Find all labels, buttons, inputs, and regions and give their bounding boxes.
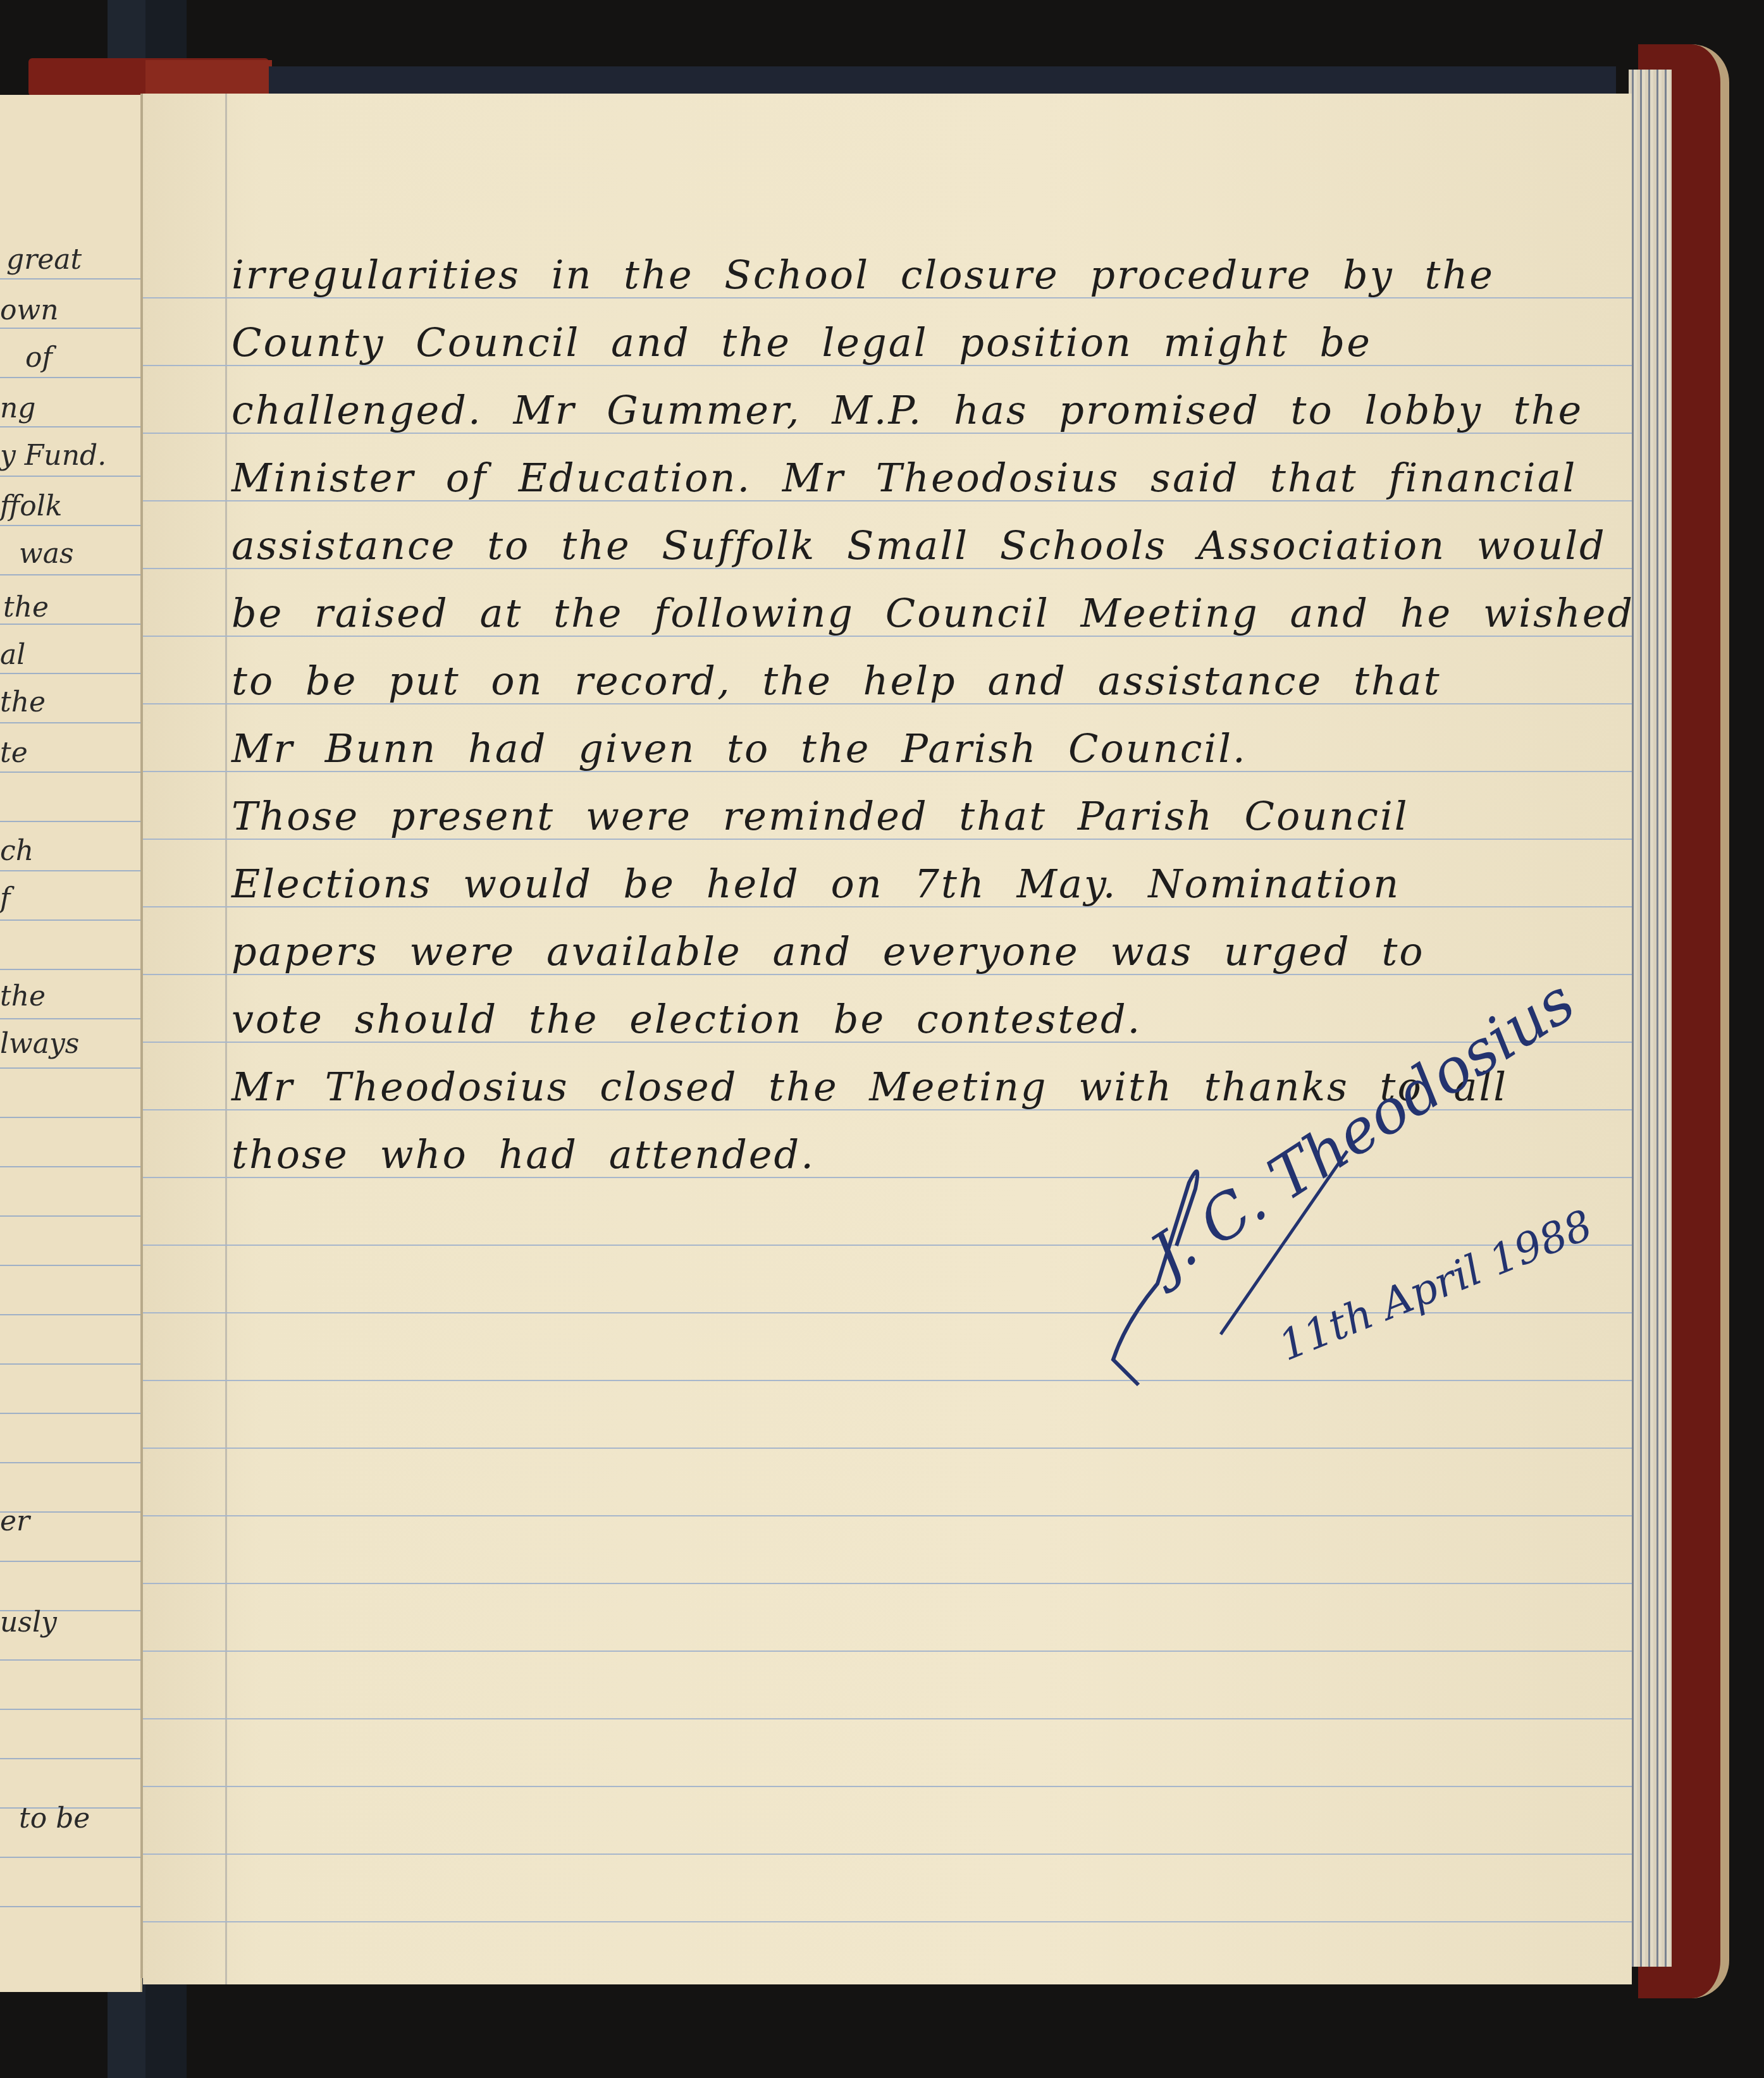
rule-line [0, 722, 140, 723]
left-fragment: er [0, 1505, 30, 1537]
rule-line [0, 772, 140, 773]
left-page: great own of ng y Fund. ffolk was the al… [0, 95, 142, 1992]
left-fragment: the [3, 591, 49, 624]
rule-line [0, 1709, 140, 1710]
page-block-edges [1629, 70, 1672, 1967]
rule-line [0, 821, 140, 822]
rule-line [0, 919, 140, 921]
minute-line: Minister of Education. Mr Theodosius sai… [231, 455, 1598, 501]
rule-line [0, 525, 140, 526]
left-fragment: own [0, 294, 59, 326]
rule-line [0, 1166, 140, 1167]
left-fragment: al [0, 639, 25, 671]
left-fragment: ffolk [0, 490, 62, 522]
minute-line: irregularities in the School closure pro… [231, 252, 1598, 298]
rule-line [0, 1906, 140, 1907]
rule-line [0, 1363, 140, 1365]
chair-signature: J. C. Theodosius 11th April 1988 [1101, 1132, 1543, 1398]
rule-line [0, 1314, 140, 1315]
rule-line [0, 328, 140, 329]
minute-line: Elections would be held on 7th May. Nomi… [231, 861, 1598, 907]
rule-line [0, 1018, 140, 1019]
left-fragment: ng [0, 392, 36, 424]
minute-line: Mr Bunn had given to the Parish Council. [231, 725, 1598, 772]
rule-line [0, 673, 140, 674]
rule-line [0, 1413, 140, 1414]
rule-line [0, 1215, 140, 1217]
minute-line: to be put on record, the help and assist… [231, 658, 1598, 704]
rule-line [0, 1561, 140, 1562]
minute-line: County Council and the legal position mi… [231, 319, 1598, 366]
left-fragment: y Fund. [0, 440, 106, 472]
left-fragment: the [0, 686, 46, 718]
rule-line [143, 1583, 1632, 1584]
minute-line: Those present were reminded that Parish … [231, 793, 1598, 839]
minute-line: vote should the election be contested. [231, 996, 1598, 1042]
cover-edge-top-worn [145, 60, 272, 95]
rule-line [0, 1659, 140, 1661]
rule-line [0, 870, 140, 871]
rule-line [0, 278, 140, 280]
rule-line [143, 1854, 1632, 1855]
rule-line [0, 426, 140, 427]
minute-line: papers were available and everyone was u… [231, 928, 1598, 974]
minute-line: be raised at the following Council Meeti… [231, 590, 1598, 636]
right-page: irregularities in the School closure pro… [143, 94, 1632, 1984]
rule-line [143, 1786, 1632, 1787]
rule-line [143, 1651, 1632, 1652]
rule-line [143, 1921, 1632, 1922]
minute-line: challenged. Mr Gummer, M.P. has promised… [231, 387, 1598, 433]
left-fragment: of [25, 341, 52, 374]
rule-line [0, 1758, 140, 1759]
left-fragment: ch [0, 835, 34, 867]
left-fragment: f [0, 882, 10, 914]
rule-line [0, 1117, 140, 1118]
rule-line [0, 624, 140, 625]
rule-line [143, 1718, 1632, 1719]
rule-line [0, 476, 140, 477]
rule-line [0, 1067, 140, 1069]
rule-line [143, 1448, 1632, 1449]
rule-line [0, 969, 140, 970]
rule-line [0, 1857, 140, 1858]
rule-line [0, 1462, 140, 1463]
rule-line [143, 1515, 1632, 1516]
rule-line [0, 377, 140, 378]
margin-line [225, 94, 227, 1984]
left-fragment: usly [0, 1606, 57, 1638]
left-fragment: to be [19, 1802, 90, 1835]
left-fragment: te [0, 737, 28, 769]
left-fragment: was [19, 538, 73, 570]
rule-line [0, 574, 140, 575]
cover-edge-top [269, 66, 1616, 95]
left-fragment: great [6, 243, 82, 276]
left-fragment: lways [0, 1028, 79, 1060]
minute-line: assistance to the Suffolk Small Schools … [231, 522, 1598, 569]
left-fragment: the [0, 980, 46, 1012]
rule-line [0, 1265, 140, 1266]
